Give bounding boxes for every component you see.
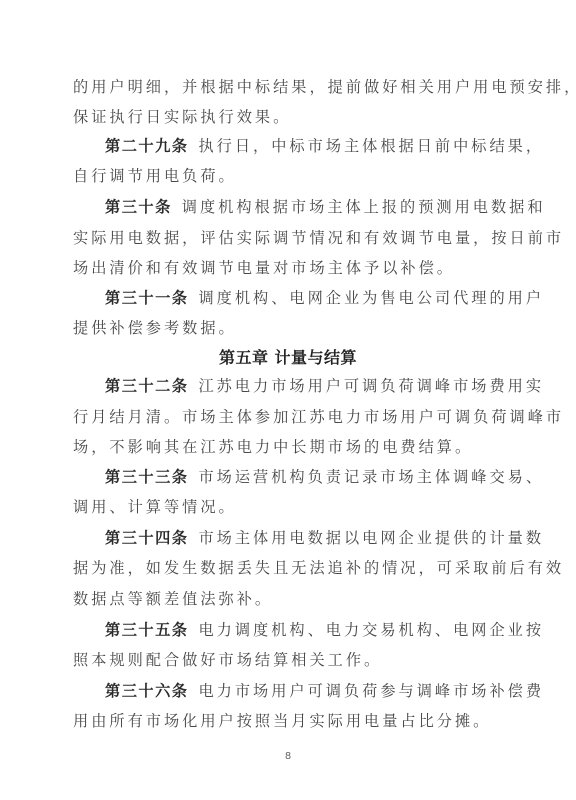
article-label: 第三十一条 xyxy=(105,289,188,307)
article-34: 第三十四条市场主体用电数据以电网企业提供的计量数 xyxy=(105,528,505,548)
article-30: 第三十条调度机构根据市场主体上报的预测用电数据和 xyxy=(105,197,505,217)
text-line: 实际用电数据，评估实际调节情况和有效调节电量，按日前市 xyxy=(73,228,505,248)
article-36: 第三十六条电力市场用户可调负荷参与调峰市场补偿费 xyxy=(105,681,505,701)
article-label: 第二十九条 xyxy=(105,137,188,155)
text-line: 场，不影响其在江苏电力中长期市场的电费结算。 xyxy=(73,437,505,457)
article-33: 第三十三条市场运营机构负责记录市场主体调峰交易、 xyxy=(105,467,505,487)
text-line: 提供补偿参考数据。 xyxy=(73,318,505,338)
article-text: 调度机构、电网企业为售电公司代理的用户 xyxy=(198,289,544,307)
article-label: 第三十二条 xyxy=(105,377,188,395)
text-line: 据为准，如发生数据丢失且无法追补的情况，可采取前后有效 xyxy=(73,558,505,578)
text-line: 照本规则配合做好市场结算相关工作。 xyxy=(73,650,505,670)
article-text: 市场运营机构负责记录市场主体调峰交易、 xyxy=(198,468,544,486)
article-label: 第三十五条 xyxy=(105,621,188,639)
article-text: 执行日，中标市场主体根据日前中标结果， xyxy=(198,137,544,155)
article-text: 江苏电力市场用户可调负荷调峰市场费用实 xyxy=(198,377,544,395)
text-line: 用由所有市场化用户按照当月实际用电量占比分摊。 xyxy=(73,711,505,731)
text-line: 行月结月清。市场主体参加江苏电力市场用户可调负荷调峰市 xyxy=(73,407,505,427)
article-label: 第三十条 xyxy=(105,198,172,216)
text-line: 场出清价和有效调节电量对市场主体予以补偿。 xyxy=(73,258,505,278)
article-text: 市场主体用电数据以电网企业提供的计量数 xyxy=(198,529,544,547)
text-line: 的用户明细，并根据中标结果，提前做好相关用户用电预安排， xyxy=(73,77,505,97)
article-35: 第三十五条电力调度机构、电力交易机构、电网企业按 xyxy=(105,620,505,640)
article-label: 第三十六条 xyxy=(105,682,188,700)
text-line: 调用、计算等情况。 xyxy=(73,497,505,517)
article-text: 电力调度机构、电力交易机构、电网企业按 xyxy=(198,621,544,639)
text-line: 数据点等额差值法弥补。 xyxy=(73,589,505,609)
text-line: 保证执行日实际执行效果。 xyxy=(73,107,505,127)
text-line: 自行调节用电负荷。 xyxy=(73,166,505,186)
page-number: 8 xyxy=(0,751,576,762)
article-32: 第三十二条江苏电力市场用户可调负荷调峰市场费用实 xyxy=(105,376,505,396)
document-page: 的用户明细，并根据中标结果，提前做好相关用户用电预安排， 保证执行日实际执行效果… xyxy=(0,0,576,800)
article-label: 第三十四条 xyxy=(105,529,188,547)
article-31: 第三十一条调度机构、电网企业为售电公司代理的用户 xyxy=(105,288,505,308)
article-29: 第二十九条执行日，中标市场主体根据日前中标结果， xyxy=(105,136,505,156)
chapter-heading: 第五章 计量与结算 xyxy=(0,345,576,368)
article-text: 电力市场用户可调负荷参与调峰市场补偿费 xyxy=(198,682,544,700)
article-label: 第三十三条 xyxy=(105,468,188,486)
article-text: 调度机构根据市场主体上报的预测用电数据和 xyxy=(182,198,546,216)
